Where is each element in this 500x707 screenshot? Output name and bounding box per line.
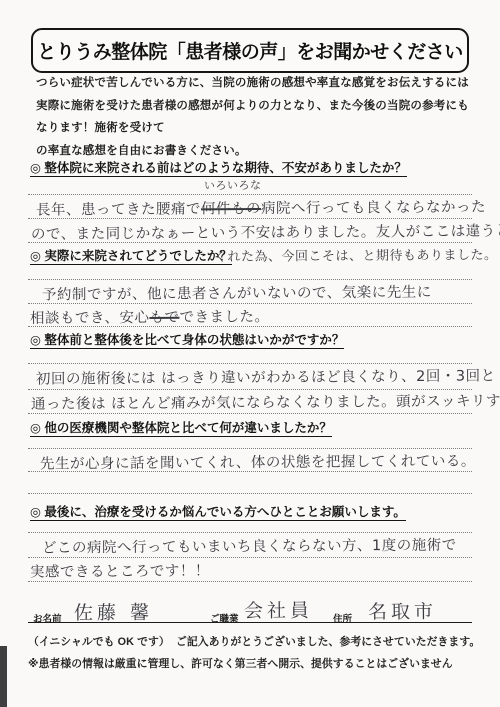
answer-3-line-2: 通った後は ほとんど痛みが気にならなくなりました。頭がスッキリする。 (31, 389, 500, 413)
occupation-value: 会社員 (244, 596, 313, 623)
form-title-box: とりうみ整体院「患者様の声」をお聞かせください (31, 28, 469, 73)
answer-3-line-1: 初回の施術後には はっきり違いがわかるほど良くなり、2回・3回と (36, 364, 496, 388)
intro-line: つらい症状で苦しんでいる方に、当院の施術の感想や率直な感覚をお伝えするには (36, 72, 476, 95)
answer-ruled-line (28, 557, 472, 558)
question-2-heading: ◎ 実際に来院されてどうでしたか？ (30, 246, 232, 264)
thanks-note: ご記入ありがとうございました、参考にさせていただきます。 (176, 634, 480, 649)
signature-underline (28, 622, 472, 623)
answer-1-overflow: くれた為、今回こそは、と期待もありました。 (214, 244, 498, 265)
crossed-out-text: 何件もの (201, 201, 261, 217)
question-4-heading: ◎ 他の医療機関や整体院と比べて何が違いましたか？ (30, 418, 332, 436)
initials-ok-note: （イニシャルでも OK です） (28, 634, 170, 649)
answer-2-line-2: 相談もでき、安心もでできました。 (30, 305, 270, 328)
scan-artifact-bar (0, 646, 7, 707)
intro-paragraph: つらい症状で苦しんでいる方に、当院の施術の感想や率直な感覚をお伝えするには 実際… (36, 72, 476, 162)
answer-2-line-1: 予約制ですが、他に患者さんがいないので、気楽に先生に (42, 281, 432, 305)
answer-4-line-1: 先生が心身に話を聞いてくれ、体の状態を把握してくれている。 (40, 449, 476, 473)
answer-1-line-1: 長年、患ってきた腰痛で何件もの病院へ行っても良くならなかった (36, 195, 486, 219)
answer-1-line-2: ので、また同じかなぁーという不安はありました。友人がここは違うと勧めて (31, 219, 500, 244)
answer-ruled-line (28, 363, 472, 364)
answer-5-line-2: 実感できるところです！！ (30, 559, 210, 581)
answer-ruled-line (28, 448, 472, 449)
answer-5-line-1: どこの病院へ行ってもいまいち良くならない方、1度の施術で (42, 534, 457, 558)
answer-1-insertion: いろいろな (204, 177, 262, 193)
intro-line: 実際に施術を受けた患者様の感想が何よりの力となり、また今後の当院の参考にもなりま… (36, 95, 476, 140)
address-value: 名取市 (368, 597, 437, 624)
question-5-heading: ◎ 最後に、治療を受けるか悩んでいる方へひとことお願いします。 (30, 502, 406, 520)
crossed-out-text: もで (149, 310, 179, 326)
patient-feedback-form: とりうみ整体院「患者様の声」をお聞かせください つらい症状で苦しんでいる方に、当… (0, 0, 500, 707)
question-1-heading: ◎ 整体院に来院される前はどのような期待、不安がありましたか？ (30, 158, 407, 176)
question-3-heading: ◎ 整体前と整体後を比べて身体の状態はいかがですか？ (30, 330, 344, 348)
answer-ruled-line (28, 194, 472, 195)
answer-ruled-line (28, 493, 472, 494)
answer-ruled-line (28, 532, 472, 533)
form-title: とりうみ整体院「患者様の声」をお聞かせください (37, 37, 463, 64)
privacy-note: ※患者様の情報は厳重に管理し、許可なく第三者へ開示、提供することはございません (28, 656, 453, 671)
